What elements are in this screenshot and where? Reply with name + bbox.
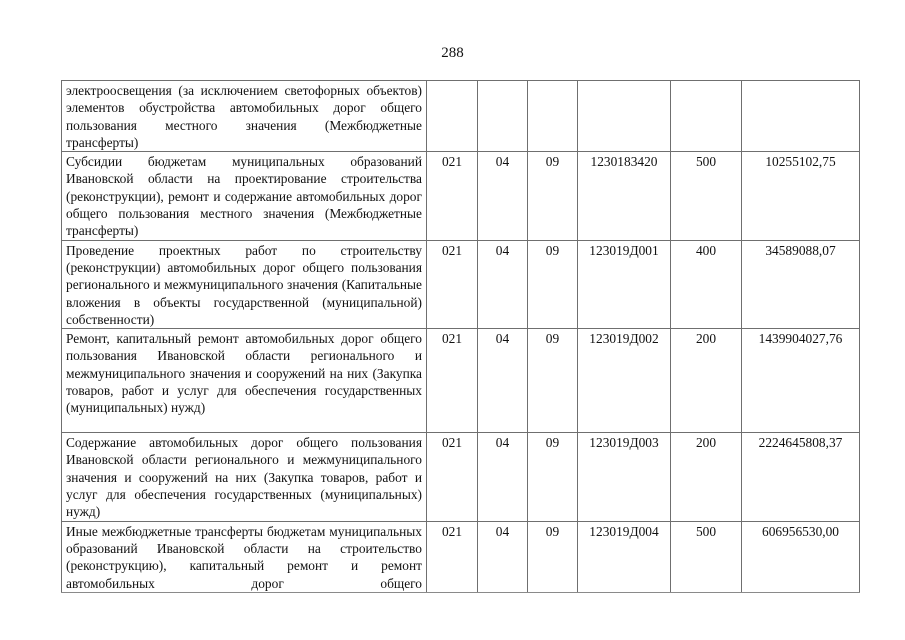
row-amount: 10255102,75 [742,152,860,240]
row-description: Содержание автомобильных дорог общего по… [62,433,427,521]
row-expense-type: 200 [671,433,742,521]
row-grbs: 021 [427,240,478,328]
budget-table: электроосвещения (за исключением светофо… [61,80,860,593]
row-subsection: 09 [528,152,578,240]
row-amount [742,81,860,152]
row-target-article: 123019Д003 [578,433,671,521]
row-subsection: 09 [528,329,578,433]
row-expense-type: 500 [671,152,742,240]
row-grbs: 021 [427,433,478,521]
table-row: Содержание автомобильных дорог общего по… [62,433,860,521]
row-subsection: 09 [528,240,578,328]
row-section: 04 [478,240,528,328]
row-target-article: 1230183420 [578,152,671,240]
row-subsection: 09 [528,521,578,592]
row-section: 04 [478,329,528,433]
row-expense-type: 500 [671,521,742,592]
row-target-article: 123019Д001 [578,240,671,328]
row-expense-type: 400 [671,240,742,328]
row-description: Иные межбюджетные трансферты бюджетам му… [62,521,427,592]
table-row: Иные межбюджетные трансферты бюджетам му… [62,521,860,592]
row-amount: 2224645808,37 [742,433,860,521]
row-description: Ремонт, капитальный ремонт автомобильных… [62,329,427,433]
row-target-article [578,81,671,152]
table-row: электроосвещения (за исключением светофо… [62,81,860,152]
row-section: 04 [478,521,528,592]
row-grbs [427,81,478,152]
row-section: 04 [478,152,528,240]
row-section [478,81,528,152]
row-target-article: 123019Д002 [578,329,671,433]
row-section: 04 [478,433,528,521]
row-description: Проведение проектных работ по строительс… [62,240,427,328]
row-expense-type [671,81,742,152]
row-expense-type: 200 [671,329,742,433]
row-amount: 34589088,07 [742,240,860,328]
row-grbs: 021 [427,521,478,592]
row-subsection [528,81,578,152]
row-description: Субсидии бюджетам муниципальных образова… [62,152,427,240]
row-amount: 606956530,00 [742,521,860,592]
page-number: 288 [0,44,905,62]
row-target-article: 123019Д004 [578,521,671,592]
row-grbs: 021 [427,329,478,433]
row-subsection: 09 [528,433,578,521]
table-row: Ремонт, капитальный ремонт автомобильных… [62,329,860,433]
table-row: Субсидии бюджетам муниципальных образова… [62,152,860,240]
row-description: электроосвещения (за исключением светофо… [62,81,427,152]
table-row: Проведение проектных работ по строительс… [62,240,860,328]
row-grbs: 021 [427,152,478,240]
row-amount: 1439904027,76 [742,329,860,433]
